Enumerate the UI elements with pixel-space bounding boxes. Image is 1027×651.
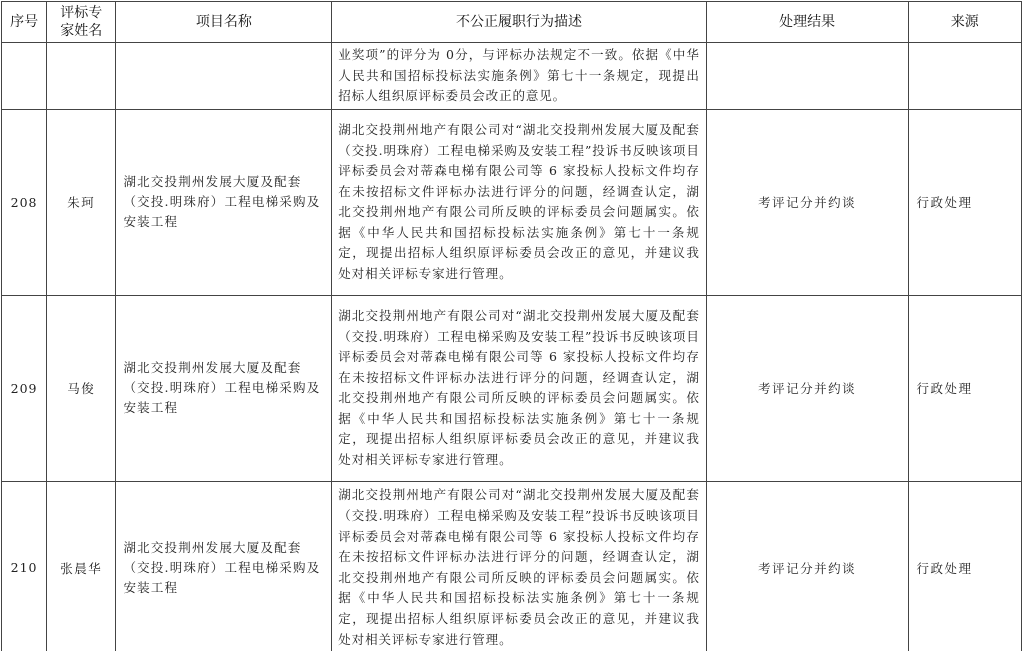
table-row: 209 马俊 湖北交投荆州发展大厦及配套（交投.明珠府）工程电梯采购及安装工程 … (2, 295, 1022, 481)
cell-source: 行政处理 (908, 295, 1021, 481)
cell-index: 209 (2, 295, 47, 481)
header-expert-name-label: 评标专家姓名 (60, 4, 102, 40)
header-index: 序号 (2, 2, 47, 43)
handling-result-text: 考评记分并约谈 (758, 561, 856, 576)
cell-source: 行政处理 (908, 109, 1021, 295)
cell-source (908, 43, 1021, 110)
cell-handling-result: 考评记分并约谈 (706, 109, 908, 295)
cell-misconduct-description: 业奖项”的评分为 0分，与评标办法规定不一致。依据《中华人民共和国招标投标法实施… (332, 43, 706, 110)
table-row-continuation: 业奖项”的评分为 0分，与评标办法规定不一致。依据《中华人民共和国招标投标法实施… (2, 43, 1022, 110)
index-text: 210 (11, 560, 38, 575)
table-row: 210 张晨华 湖北交投荆州发展大厦及配套（交投.明珠府）工程电梯采购及安装工程… (2, 481, 1022, 651)
header-handling-result: 处理结果 (706, 2, 908, 43)
project-name-text: 湖北交投荆州发展大厦及配套（交投.明珠府）工程电梯采购及安装工程 (116, 172, 331, 232)
index-text: 209 (11, 381, 38, 396)
misconduct-description-text: 业奖项”的评分为 0分，与评标办法规定不一致。依据《中华人民共和国招标投标法实施… (332, 43, 705, 109)
misconduct-description-text: 湖北交投荆州地产有限公司对“湖北交投荆州发展大厦及配套（交投.明珠府）工程电梯采… (332, 118, 705, 287)
cell-expert-name: 朱珂 (47, 109, 116, 295)
cell-expert-name: 张晨华 (47, 481, 116, 651)
misconduct-description-text: 湖北交投荆州地产有限公司对“湖北交投荆州发展大厦及配套（交投.明珠府）工程电梯采… (332, 483, 705, 651)
header-expert-name: 评标专家姓名 (47, 2, 116, 43)
source-text: 行政处理 (909, 559, 1021, 577)
expert-name-text: 朱珂 (67, 195, 95, 210)
cell-expert-name: 马俊 (47, 295, 116, 481)
header-source: 来源 (908, 2, 1021, 43)
index-text: 208 (11, 195, 38, 210)
cell-source: 行政处理 (908, 481, 1021, 651)
cell-index: 210 (2, 481, 47, 651)
handling-result-text: 考评记分并约谈 (758, 381, 856, 396)
source-text: 行政处理 (909, 379, 1021, 397)
source-text: 行政处理 (909, 193, 1021, 211)
expert-name-text: 张晨华 (60, 561, 102, 576)
cell-expert-name (47, 43, 116, 110)
cell-misconduct-description: 湖北交投荆州地产有限公司对“湖北交投荆州发展大厦及配套（交投.明珠府）工程电梯采… (332, 109, 706, 295)
cell-misconduct-description: 湖北交投荆州地产有限公司对“湖北交投荆州发展大厦及配套（交投.明珠府）工程电梯采… (332, 295, 706, 481)
table-header-row: 序号 评标专家姓名 项目名称 不公正履职行为描述 处理结果 来源 (2, 2, 1022, 43)
handling-result-text: 考评记分并约谈 (758, 195, 856, 210)
cell-misconduct-description: 湖北交投荆州地产有限公司对“湖北交投荆州发展大厦及配套（交投.明珠府）工程电梯采… (332, 481, 706, 651)
cell-project-name: 湖北交投荆州发展大厦及配套（交投.明珠府）工程电梯采购及安装工程 (116, 295, 332, 481)
cell-handling-result: 考评记分并约谈 (706, 295, 908, 481)
cell-project-name: 湖北交投荆州发展大厦及配套（交投.明珠府）工程电梯采购及安装工程 (116, 481, 332, 651)
header-project-name: 项目名称 (116, 2, 332, 43)
cell-index (2, 43, 47, 110)
table-row: 208 朱珂 湖北交投荆州发展大厦及配套（交投.明珠府）工程电梯采购及安装工程 … (2, 109, 1022, 295)
misconduct-records-table: 序号 评标专家姓名 项目名称 不公正履职行为描述 处理结果 来源 业奖项”的评分… (1, 1, 1022, 651)
header-misconduct-description: 不公正履职行为描述 (332, 2, 706, 43)
cell-index: 208 (2, 109, 47, 295)
expert-name-text: 马俊 (67, 381, 95, 396)
cell-project-name (116, 43, 332, 110)
project-name-text: 湖北交投荆州发展大厦及配套（交投.明珠府）工程电梯采购及安装工程 (116, 358, 331, 418)
cell-handling-result: 考评记分并约谈 (706, 481, 908, 651)
misconduct-description-text: 湖北交投荆州地产有限公司对“湖北交投荆州发展大厦及配套（交投.明珠府）工程电梯采… (332, 304, 705, 473)
project-name-text: 湖北交投荆州发展大厦及配套（交投.明珠府）工程电梯采购及安装工程 (116, 538, 331, 598)
cell-project-name: 湖北交投荆州发展大厦及配套（交投.明珠府）工程电梯采购及安装工程 (116, 109, 332, 295)
cell-handling-result (706, 43, 908, 110)
